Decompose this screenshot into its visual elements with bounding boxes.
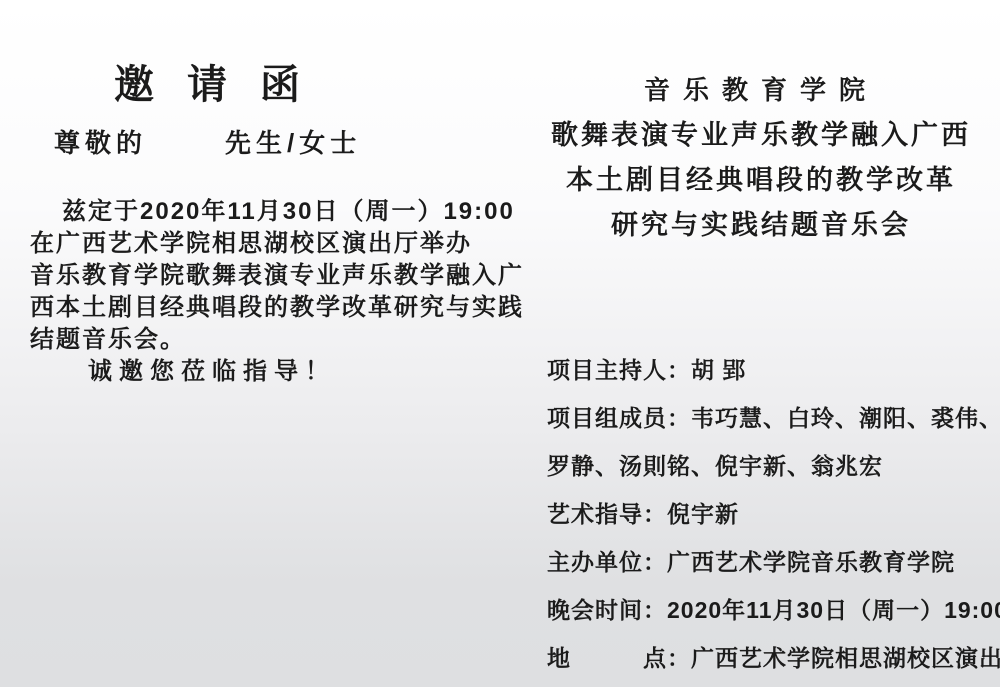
concert-title-line: 研究与实践结题音乐会	[545, 203, 977, 248]
detail-line-art-director: 艺术指导：倪宇新	[547, 490, 987, 538]
salutation-prefix: 尊敬的	[54, 128, 147, 158]
detail-line-project-members: 项目组成员：韦巧慧、白玲、潮阳、裘伟、	[547, 394, 987, 442]
salutation-line: 尊敬的先生/女士	[54, 126, 361, 160]
invitation-title: 邀请函	[114, 62, 333, 108]
salutation-suffix: 先生/女士	[225, 128, 361, 158]
body-line: 兹定于2020年11月30日（周一）19:00	[30, 196, 480, 228]
body-line: 西本土剧目经典唱段的教学改革研究与实践	[30, 292, 480, 324]
invitation-page: 邀请函 尊敬的先生/女士 兹定于2020年11月30日（周一）19:00 在广西…	[0, 0, 1000, 687]
detail-line-project-members-cont: 罗静、汤則铭、倪宇新、翁兆宏	[547, 442, 987, 490]
detail-line-project-host: 项目主持人：胡 郢	[547, 346, 987, 394]
detail-line-event-time: 晚会时间：2020年11月30日（周一）19:00	[547, 586, 987, 634]
body-line: 结题音乐会。	[30, 324, 480, 356]
body-line: 在广西艺术学院相思湖校区演出厅举办	[30, 228, 480, 260]
invitation-closing-line: 诚邀您莅临指导！	[30, 356, 480, 388]
detail-line-event-location: 地 点：广西艺术学院相思湖校区演出厅	[547, 634, 987, 682]
concert-title-line: 本土剧目经典唱段的教学改革	[545, 158, 977, 203]
concert-title-block: 音乐教育学院 歌舞表演专业声乐教学融入广西 本土剧目经典唱段的教学改革 研究与实…	[545, 68, 977, 248]
college-name: 音乐教育学院	[545, 68, 977, 113]
invitation-body: 兹定于2020年11月30日（周一）19:00 在广西艺术学院相思湖校区演出厅举…	[30, 196, 480, 388]
detail-line-organizer: 主办单位：广西艺术学院音乐教育学院	[547, 538, 987, 586]
event-details-block: 项目主持人：胡 郢 项目组成员：韦巧慧、白玲、潮阳、裘伟、 罗静、汤則铭、倪宇新…	[547, 346, 987, 682]
body-line: 音乐教育学院歌舞表演专业声乐教学融入广	[30, 260, 480, 292]
concert-title-line: 歌舞表演专业声乐教学融入广西	[545, 113, 977, 158]
